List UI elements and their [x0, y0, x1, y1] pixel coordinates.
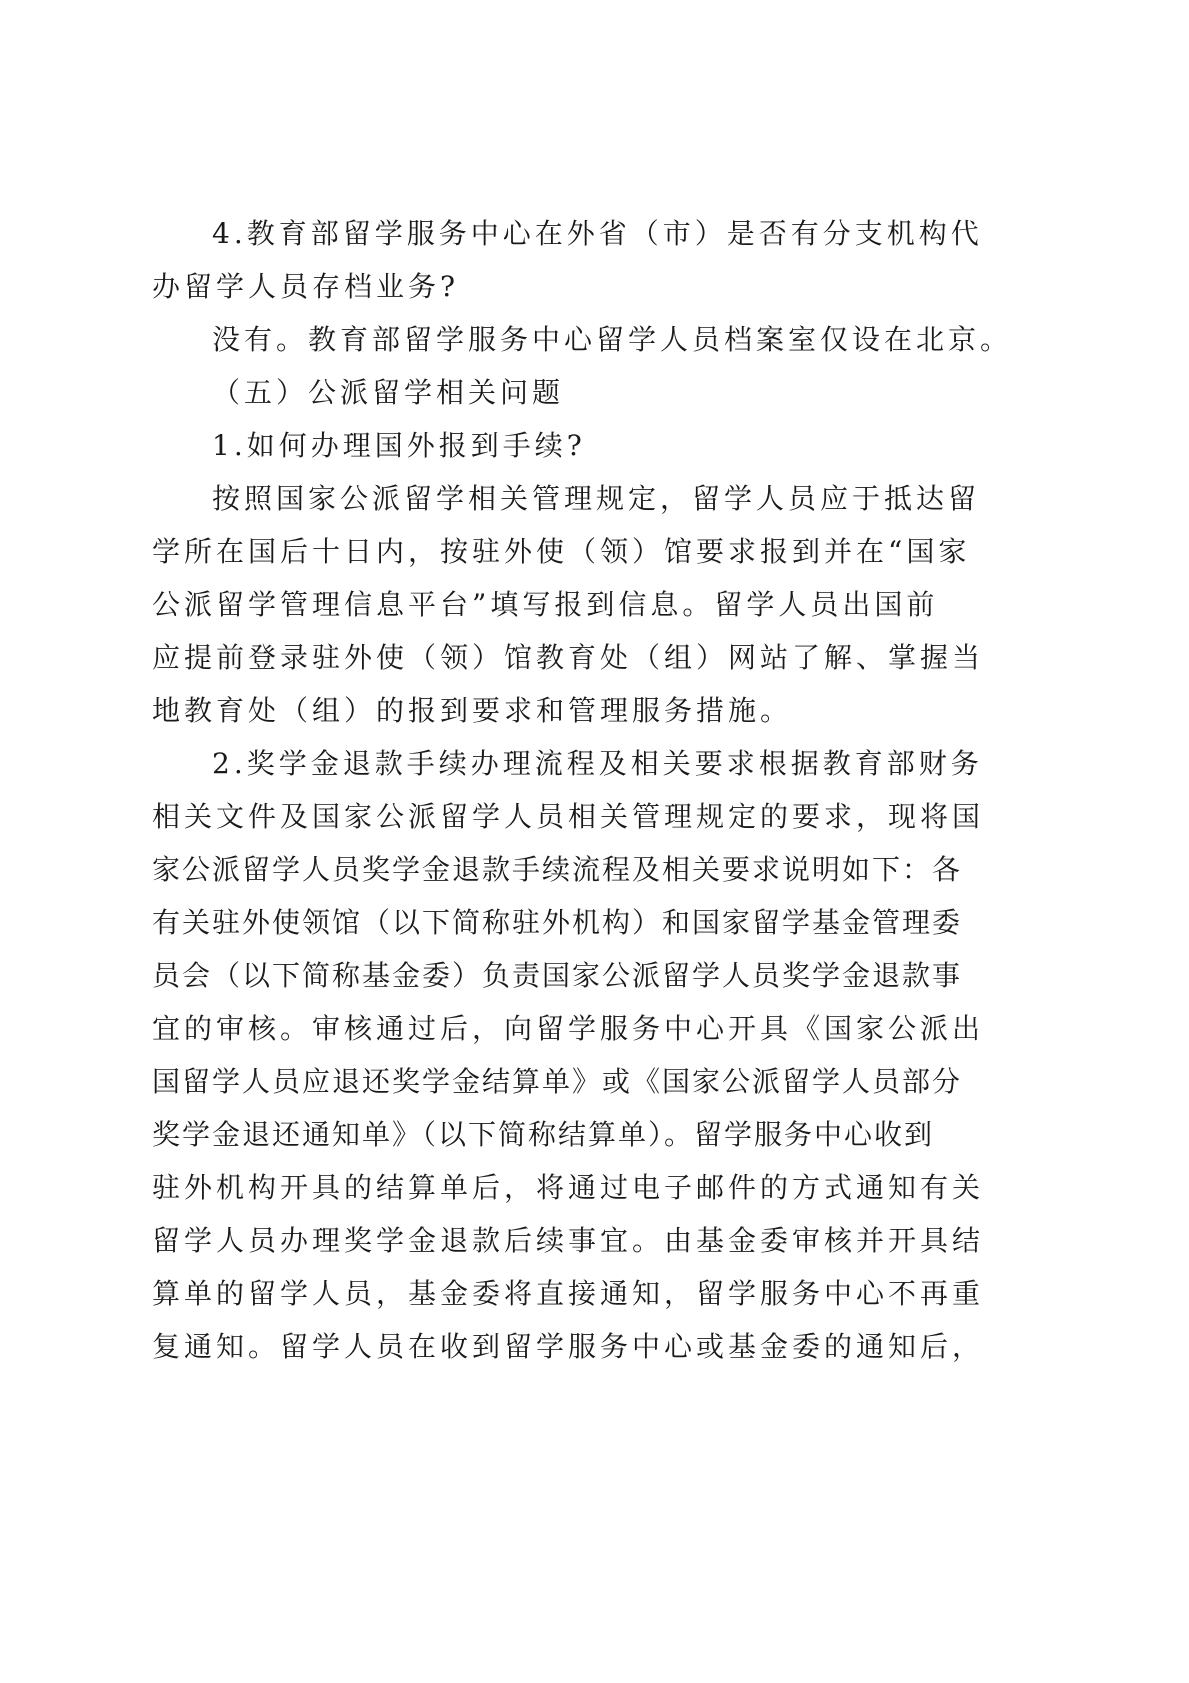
text-line: 驻外机构开具的结算单后，将通过电子邮件的方式通知有关: [152, 1161, 982, 1214]
answer-archive-beijing: 没有。教育部留学服务中心留学人员档案室仅设在北京。: [152, 313, 982, 366]
text-line: 宜的审核。审核通过后，向留学服务中心开具《国家公派出: [152, 1002, 982, 1055]
text-line: 1.如何办理国外报到手续?: [152, 419, 982, 472]
question-1-overseas-registration: 1.如何办理国外报到手续?: [152, 419, 982, 472]
text-line: 复通知。留学人员在收到留学服务中心或基金委的通知后，: [152, 1320, 982, 1373]
text-line: 学所在国后十日内，按驻外使（领）馆要求报到并在“国家: [152, 525, 982, 578]
text-line: 公派留学管理信息平台”填写报到信息。留学人员出国前: [152, 578, 982, 631]
answer-overseas-registration: 按照国家公派留学相关管理规定，留学人员应于抵达留 学所在国后十日内，按驻外使（领…: [152, 472, 982, 737]
text-line: 相关文件及国家公派留学人员相关管理规定的要求，现将国: [152, 790, 982, 843]
section-heading: （五）公派留学相关问题: [152, 366, 982, 419]
text-line: 奖学金退还通知单》（以下简称结算单）。留学服务中心收到: [152, 1108, 982, 1161]
question-2-scholarship-refund: 2.奖学金退款手续办理流程及相关要求根据教育部财务 相关文件及国家公派留学人员相…: [152, 737, 982, 1373]
document-page: 4.教育部留学服务中心在外省（市）是否有分支机构代 办留学人员存档业务? 没有。…: [0, 0, 1189, 1683]
text-line: 按照国家公派留学相关管理规定，留学人员应于抵达留: [152, 472, 982, 525]
document-body: 4.教育部留学服务中心在外省（市）是否有分支机构代 办留学人员存档业务? 没有。…: [152, 207, 982, 1373]
section-heading-public-study-abroad: （五）公派留学相关问题: [152, 366, 982, 419]
text-line: 国留学人员应退还奖学金结算单》或《国家公派留学人员部分: [152, 1055, 982, 1108]
text-line: 留学人员办理奖学金退款后续事宜。由基金委审核并开具结: [152, 1214, 982, 1267]
text-line: 员会（以下简称基金委）负责国家公派留学人员奖学金退款事: [152, 949, 982, 1002]
text-line: 有关驻外使领馆（以下简称驻外机构）和国家留学基金管理委: [152, 896, 982, 949]
text-line: 办留学人员存档业务?: [152, 260, 982, 313]
text-line: 没有。教育部留学服务中心留学人员档案室仅设在北京。: [152, 313, 982, 366]
text-line: 家公派留学人员奖学金退款手续流程及相关要求说明如下：各: [152, 843, 982, 896]
question-4-archive-branches: 4.教育部留学服务中心在外省（市）是否有分支机构代 办留学人员存档业务?: [152, 207, 982, 313]
text-line: 2.奖学金退款手续办理流程及相关要求根据教育部财务: [152, 737, 982, 790]
text-line: 应提前登录驻外使（领）馆教育处（组）网站了解、掌握当: [152, 631, 982, 684]
text-line: 地教育处（组）的报到要求和管理服务措施。: [152, 684, 982, 737]
text-line: 算单的留学人员，基金委将直接通知，留学服务中心不再重: [152, 1267, 982, 1320]
text-line: 4.教育部留学服务中心在外省（市）是否有分支机构代: [152, 207, 982, 260]
